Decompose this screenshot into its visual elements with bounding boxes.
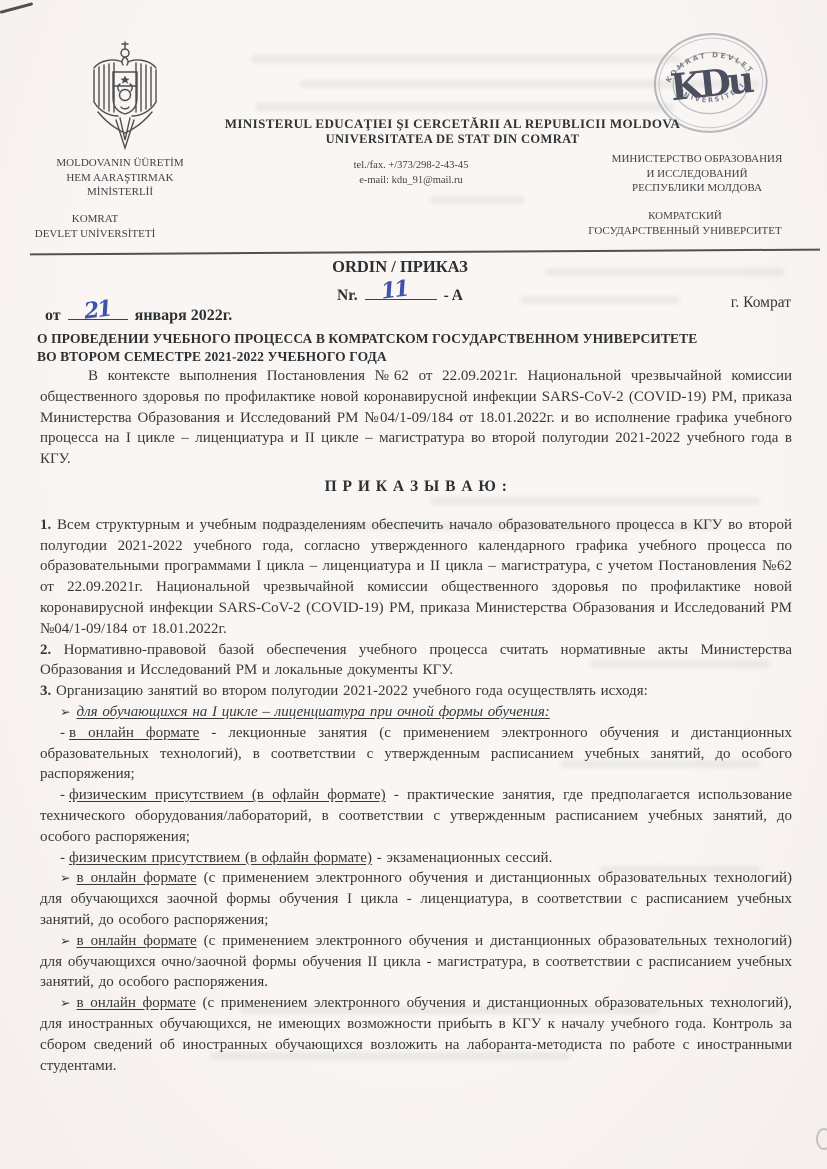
item-text: Всем структурным и учебным подразделения… <box>40 517 792 637</box>
russian-ministry-line: И ИССЛЕДОВАНИЙ <box>573 167 821 182</box>
contact-block: tel./fax. +/373/298-2-43-45 e-mail: kdu_… <box>316 158 506 188</box>
order-number-blank: 11 <box>365 281 437 300</box>
gagauz-ministry-line: MOLDOVANIN ÜÜRETİM <box>22 156 218 171</box>
russian-ministry-block: МИНИСТЕРСТВО ОБРАЗОВАНИЯ И ИССЛЕДОВАНИЙ … <box>573 152 821 196</box>
russian-university-line: КОМРАТСКИЙ <box>548 209 822 224</box>
item-number: 3. <box>40 683 51 699</box>
bleedthrough-artifact <box>250 55 680 63</box>
item-text: Организацию занятий во втором полугодии … <box>51 683 648 699</box>
russian-university-line: ГОСУДАРСТВЕННЫЙ УНИВЕРСИТЕТ <box>548 224 822 239</box>
bullet-text: для обучающихся на I цикле – лиценциатур… <box>76 704 549 720</box>
item-number: 2. <box>40 642 51 658</box>
order-city: г. Комрат <box>731 294 791 312</box>
underlined-phrase: в онлайн формате <box>76 933 196 949</box>
dash-online-lectures: -в онлайн формате - лекционные занятия (… <box>40 723 792 785</box>
handwritten-order-number: 11 <box>379 275 409 304</box>
header-divider <box>30 249 820 256</box>
dash-bullet-icon: - <box>60 725 65 741</box>
bleedthrough-artifact <box>255 103 675 111</box>
dash-offline-exams: -физическим присутствием (в офлайн форма… <box>40 848 792 869</box>
arrow-bullet-icon: ➢ <box>60 870 70 885</box>
phone-number: tel./fax. +/373/298-2-43-45 <box>316 158 506 173</box>
item-number: 1. <box>40 517 51 533</box>
bullet-text: - экзаменационных сессий. <box>372 850 552 866</box>
russian-university-block: КОМРАТСКИЙ ГОСУДАРСТВЕННЫЙ УНИВЕРСИТЕТ <box>548 209 822 238</box>
order-title: ORDIN / ПРИКАЗ <box>0 257 800 277</box>
arrow-bullet-icon: ➢ <box>60 995 70 1010</box>
arrow-bullet-icon: ➢ <box>60 933 70 948</box>
order-number-suffix: - A <box>444 287 463 304</box>
item-text: Нормативно-правовой базой обеспечения уч… <box>40 642 792 679</box>
underlined-phrase: физическим присутствием (в офлайн формат… <box>69 787 386 803</box>
order-item-3: 3. Организацию занятий во втором полугод… <box>40 681 792 702</box>
underlined-phrase: в онлайн формате <box>76 995 195 1011</box>
bleedthrough-artifact <box>430 196 525 204</box>
gagauz-ministry-line: MİNİSTERLİİ <box>22 185 218 200</box>
dash-offline-practical: -физическим присутствием (в офлайн форма… <box>40 785 792 847</box>
resolve-heading: П Р И К А З Ы В А Ю : <box>40 477 792 498</box>
order-item-1: 1. Всем структурным и учебным подразделе… <box>40 515 792 640</box>
order-subject: О ПРОВЕДЕНИИ УЧЕБНОГО ПРОЦЕССА В КОМРАТС… <box>37 330 792 365</box>
ministry-title-ro: MINISTERUL EDUCAŢIEI ŞI CERCETĂRII AL RE… <box>75 116 827 132</box>
gagauz-ministry-line: HEM AARAŞTIRMAK <box>22 171 218 186</box>
underlined-phrase: в онлайн формате <box>69 725 199 741</box>
scan-artifact <box>0 2 33 14</box>
bullet-parttime-cycle1: ➢в онлайн формате (с применением электро… <box>40 868 792 930</box>
gagauz-university-line: DEVLET UNİVERSİTETİ <box>12 227 178 242</box>
bullet-fulltime-students: ➢для обучающихся на I цикле – лиценциату… <box>40 702 792 723</box>
underlined-phrase: в онлайн формате <box>76 870 196 886</box>
date-blank: 21 <box>68 301 128 320</box>
date-rest: января 2022г. <box>135 307 233 324</box>
underlined-phrase: физическим присутствием (в офлайн формат… <box>69 850 372 866</box>
email-address: e-mail: kdu_91@mail.ru <box>316 173 506 188</box>
scan-artifact <box>816 1128 827 1150</box>
scanned-order-document: KOMRAT DEVLET UNIVERSITETI KDu MINISTERU… <box>0 0 827 1169</box>
dash-bullet-icon: - <box>60 787 65 803</box>
order-body: В контексте выполнения Постановления №62… <box>40 366 792 1076</box>
order-item-2: 2. Нормативно-правовой базой обеспечения… <box>40 640 792 682</box>
gagauz-ministry-block: MOLDOVANIN ÜÜRETİM HEM AARAŞTIRMAK MİNİS… <box>22 156 218 200</box>
dash-bullet-icon: - <box>60 850 65 866</box>
date-prefix: от <box>45 307 61 324</box>
bullet-foreign-students: ➢в онлайн формате (с применением электро… <box>40 993 792 1076</box>
handwritten-day: 21 <box>82 295 112 324</box>
bullet-masters-cycle2: ➢в онлайн формате (с применением электро… <box>40 931 792 993</box>
intro-paragraph: В контексте выполнения Постановления №62… <box>40 366 792 470</box>
order-number-label: Nr. <box>337 287 358 304</box>
university-title-ro: UNIVERSITATEA DE STAT DIN COMRAT <box>75 132 827 147</box>
subject-line: ВО ВТОРОМ СЕМЕСТРЕ 2021-2022 УЧЕБНОГО ГО… <box>37 348 792 366</box>
subject-line: О ПРОВЕДЕНИИ УЧЕБНОГО ПРОЦЕССА В КОМРАТС… <box>37 330 792 348</box>
order-date-row: от21января 2022г. <box>45 301 232 325</box>
gagauz-university-line: KOMRAT <box>12 212 178 227</box>
gagauz-university-block: KOMRAT DEVLET UNİVERSİTETİ <box>12 212 178 241</box>
russian-ministry-line: МИНИСТЕРСТВО ОБРАЗОВАНИЯ <box>573 152 821 167</box>
arrow-bullet-icon: ➢ <box>60 704 70 719</box>
russian-ministry-line: РЕСПУБЛИКИ МОЛДОВА <box>573 181 821 196</box>
seal-monogram: KDu <box>668 58 755 109</box>
